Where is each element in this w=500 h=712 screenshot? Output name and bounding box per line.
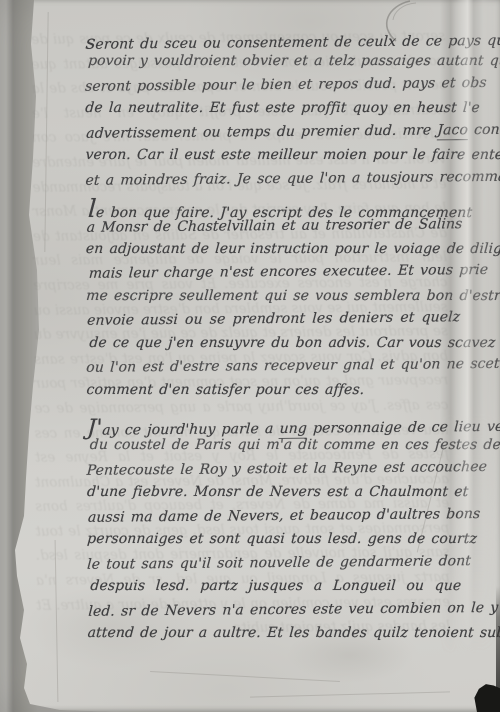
manuscript-line: Pentecouste le Roy y estoit et la Reyne … — [86, 459, 462, 486]
manuscript-line: le bon que faire. J'ay escript des le co… — [88, 194, 461, 217]
manuscript-line: mais leur charge n'est encores executee.… — [88, 263, 461, 290]
manuscript-line: comment d'en satisfer pour ces affes. — [85, 382, 461, 405]
manuscript-line: veron. Car il eust este meilleur moien p… — [84, 147, 460, 170]
manuscript-line: personnaiges et sont quasi tous lesd. ge… — [86, 531, 462, 554]
manuscript-line: envoie aussi ou se prendront les deniers… — [86, 309, 461, 336]
manuscript-line: le tout sans qu'il soit nouvelle de gend… — [86, 553, 462, 580]
manuscript-line: attend de jour a aultre. Et les bandes q… — [87, 625, 463, 648]
handwritten-text: seront du sceu ou consentement de ceulx … — [85, 29, 462, 649]
manuscript-line: d'une fiebvre. Monsr de Nevers est a Cha… — [86, 484, 462, 507]
manuscript-line: seront possible pour le bien et repos du… — [84, 75, 460, 102]
manuscript-line: en adjoustant de leur instruction pour l… — [85, 241, 461, 264]
manuscript-line: despuis lesd. partz jusques a Longueil o… — [89, 578, 462, 601]
paragraph: J'ay ce jourd'huy parle a ung personnaig… — [86, 413, 461, 649]
manuscript-line: seront du sceu ou consentement de ceulx … — [85, 28, 460, 55]
manuscript-line: de la neutralite. Et fust este proffit q… — [84, 100, 460, 123]
manuscript-line: me escripre seullement qui se vous sembl… — [85, 288, 461, 311]
manuscript-line: de ce que j'en ensuyvre du bon advis. Ca… — [88, 335, 461, 358]
manuscript-line: ou l'on est d'estre sans recepveur gnal … — [85, 356, 461, 383]
manuscript-line: aussi ma dame de Nevers, et beaucop d'au… — [87, 506, 462, 533]
paragraph: seront du sceu ou consentement de ceulx … — [85, 29, 461, 406]
manuscript-line: led. sr de Nevers n'a encores este veu c… — [87, 600, 462, 627]
manuscript-line: advertissement ou temps du premier dud. … — [85, 122, 460, 149]
underlined-word: Jaco — [437, 122, 469, 140]
manuscript-line: du coustel de Paris qui m'a dit comme en… — [89, 437, 462, 460]
manuscript-line: povoir y vouldroient obvier et a telz pa… — [87, 53, 460, 76]
manuscript-line: et a moindres fraiz. Je sce que l'on a t… — [85, 169, 461, 196]
manuscript-scan: seront du sceu ou consentement de ceulx … — [0, 0, 500, 712]
manuscript-line: J'ay ce jourd'huy parle a ung personnaig… — [87, 412, 462, 439]
manuscript-line: a Monsr de Chastelvillain et au tresorie… — [86, 216, 461, 243]
